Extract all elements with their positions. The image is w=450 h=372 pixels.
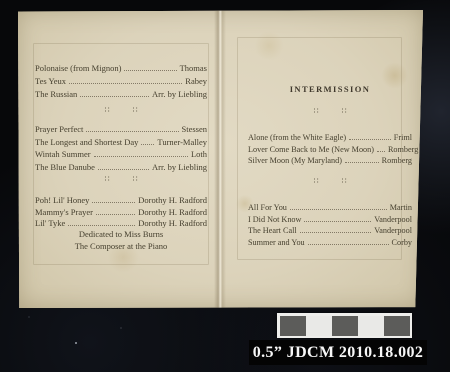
song-composer: Rabey — [185, 76, 207, 86]
intermission-heading: INTERMISSION — [248, 84, 412, 96]
song-composer: Vanderpool — [374, 215, 412, 224]
song-line: The Longest and Shortest Day Turner-Mall… — [35, 137, 207, 150]
ornament-row: ∷∷ — [35, 175, 207, 187]
song-title: Wintah Summer — [35, 149, 91, 159]
dotted-leader — [377, 151, 385, 152]
left-section-3: Poh! Lil' Honey Dorothy H. Radford Mammy… — [35, 195, 207, 230]
dotted-leader — [94, 156, 188, 157]
song-line: Poh! Lil' Honey Dorothy H. Radford — [35, 195, 207, 207]
dotted-leader — [290, 209, 387, 210]
dotted-leader — [304, 221, 371, 222]
song-title: I Did Not Know — [248, 215, 301, 224]
dotted-leader — [300, 232, 372, 233]
song-title: The Longest and Shortest Day — [35, 137, 138, 147]
song-composer: Romberg — [382, 156, 412, 165]
left-section-2: Prayer Perfect Stessen The Longest and S… — [35, 124, 207, 174]
song-composer: Turner-Malley — [157, 137, 207, 147]
scale-segment-light — [306, 316, 332, 336]
song-composer: Romberg — [388, 145, 418, 154]
song-composer: Thomas — [180, 63, 207, 73]
dotted-leader — [124, 70, 176, 71]
song-line: Lover Come Back to Me (New Moon) Romberg — [248, 145, 412, 157]
dedication-notes: Dedicated to Miss Burns The Composer at … — [35, 229, 207, 253]
printer-ornament-icon: ∷ — [133, 175, 138, 184]
song-title: Summer and You — [248, 238, 305, 247]
song-title: Polonaise (from Mignon) — [35, 63, 121, 73]
dotted-leader — [308, 244, 389, 245]
dotted-leader — [68, 225, 135, 226]
right-section-2: All For You Martin I Did Not Know Vander… — [248, 203, 412, 249]
song-line: Prayer Perfect Stessen — [35, 124, 207, 137]
scale-segment-light — [358, 316, 384, 336]
song-composer: Stessen — [182, 124, 208, 134]
scale-segment-dark — [332, 316, 358, 336]
song-line: I Did Not Know Vanderpool — [248, 215, 412, 227]
song-composer: Martin — [390, 203, 412, 212]
printer-ornament-icon: ∷ — [104, 106, 109, 115]
song-composer: Corby — [392, 238, 412, 247]
dotted-leader — [86, 131, 178, 132]
dedication-line: The Composer at the Piano — [35, 241, 207, 253]
accession-label-band: 0.5” JDCM 2010.18.002 — [249, 340, 427, 365]
song-composer: Arr. by Liebling — [152, 162, 207, 172]
song-line: Tes Yeux Rabey — [35, 76, 207, 89]
song-line: All For You Martin — [248, 203, 412, 215]
left-section-1: Polonaise (from Mignon) Thomas Tes Yeux … — [35, 63, 207, 102]
song-line: Silver Moon (My Maryland) Romberg — [248, 156, 412, 168]
center-fold-crease — [214, 10, 226, 308]
scale-segment-dark — [280, 316, 306, 336]
dotted-leader — [69, 83, 182, 84]
song-title: Lil' Tyke — [35, 218, 65, 228]
printer-ornament-icon: ∷ — [342, 177, 347, 186]
dust-specks — [75, 342, 77, 344]
dotted-leader — [141, 144, 154, 145]
song-line: The Russian Arr. by Liebling — [35, 89, 207, 102]
song-title: The Heart Call — [248, 226, 297, 235]
scale-segment-dark — [384, 316, 410, 336]
dotted-leader — [349, 139, 391, 140]
song-title: Silver Moon (My Maryland) — [248, 156, 342, 165]
right-section-1: Alone (from the White Eagle) Friml Lover… — [248, 133, 412, 168]
song-line: Lil' Tyke Dorothy H. Radford — [35, 218, 207, 230]
song-composer: Arr. by Liebling — [152, 89, 207, 99]
dotted-leader — [92, 202, 135, 203]
ornament-row: ∷∷ — [35, 106, 207, 118]
dotted-leader — [98, 169, 149, 170]
printer-ornament-icon: ∷ — [342, 107, 347, 116]
song-title: Prayer Perfect — [35, 124, 83, 134]
song-composer: Dorothy H. Radford — [138, 207, 207, 217]
song-title: Mammy's Prayer — [35, 207, 93, 217]
song-composer: Dorothy H. Radford — [138, 218, 207, 228]
ornament-row: ∷∷ — [248, 107, 412, 119]
dotted-leader — [96, 214, 135, 215]
song-line: Wintah Summer Loth — [35, 149, 207, 162]
song-composer: Dorothy H. Radford — [138, 195, 207, 205]
song-title: Alone (from the White Eagle) — [248, 133, 346, 142]
song-line: Summer and You Corby — [248, 238, 412, 250]
song-composer: Friml — [394, 133, 412, 142]
dedication-line: Dedicated to Miss Burns — [35, 229, 207, 241]
song-title: Tes Yeux — [35, 76, 66, 86]
song-title: The Russian — [35, 89, 77, 99]
song-line: Mammy's Prayer Dorothy H. Radford — [35, 207, 207, 219]
printer-ornament-icon: ∷ — [313, 177, 318, 186]
dotted-leader — [345, 162, 379, 163]
song-line: The Heart Call Vanderpool — [248, 226, 412, 238]
museum-photo-background: Polonaise (from Mignon) Thomas Tes Yeux … — [0, 0, 450, 372]
song-line: Alone (from the White Eagle) Friml — [248, 133, 412, 145]
dotted-leader — [80, 96, 149, 97]
song-title: Lover Come Back to Me (New Moon) — [248, 145, 374, 154]
accession-number-label: 0.5” JDCM 2010.18.002 — [253, 344, 424, 362]
photo-scale-bar — [277, 313, 412, 338]
song-line: Polonaise (from Mignon) Thomas — [35, 63, 207, 76]
printer-ornament-icon: ∷ — [313, 107, 318, 116]
song-line: The Blue Danube Arr. by Liebling — [35, 162, 207, 175]
song-composer: Loth — [191, 149, 207, 159]
printer-ornament-icon: ∷ — [104, 175, 109, 184]
concert-program-booklet: Polonaise (from Mignon) Thomas Tes Yeux … — [18, 10, 423, 308]
song-title: All For You — [248, 203, 287, 212]
song-title: Poh! Lil' Honey — [35, 195, 89, 205]
song-title: The Blue Danube — [35, 162, 95, 172]
printer-ornament-icon: ∷ — [133, 106, 138, 115]
song-composer: Vanderpool — [374, 226, 412, 235]
ornament-row: ∷∷ — [248, 177, 412, 189]
